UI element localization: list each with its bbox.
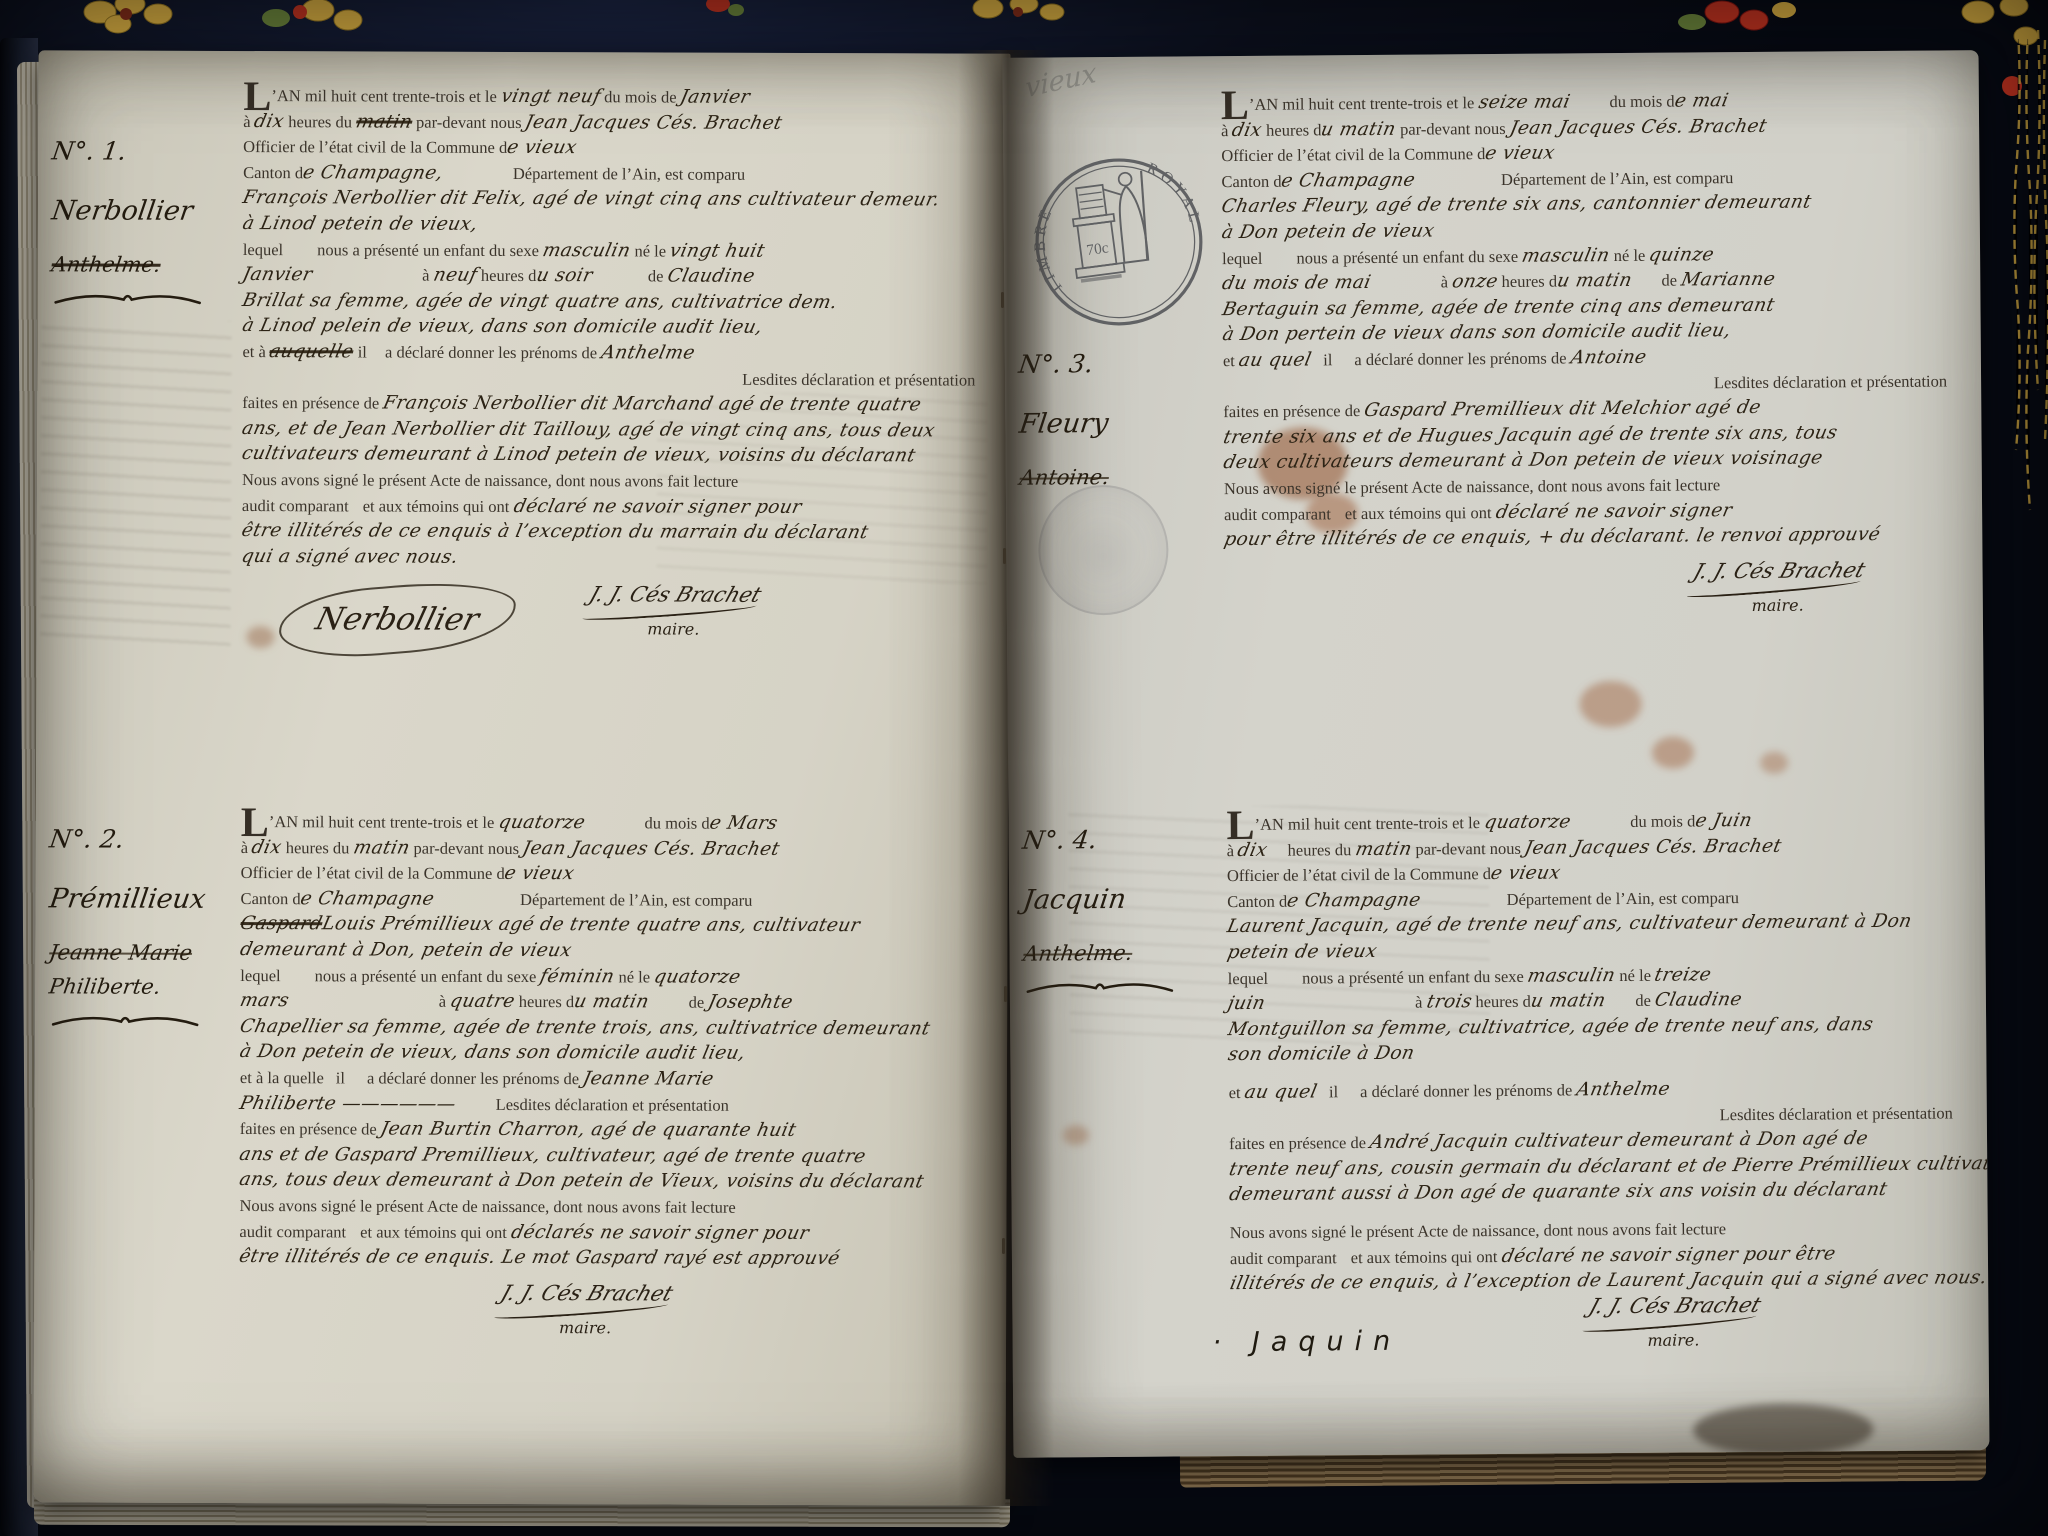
handwritten-text: déclaré ne savoir signer	[1493, 498, 1734, 525]
printed-text: audit comparant	[239, 1222, 346, 1241]
act-line: à dix heures du matin par-devant nous Je…	[243, 109, 1002, 137]
printed-text: lequel	[1228, 968, 1268, 987]
signature-block: Nerbollier	[286, 587, 508, 652]
handwritten-text: Louis Prémillieux agé de trente quatre a…	[319, 912, 862, 939]
act-line: être illitérés de ce enquis. Le mot Gasp…	[239, 1244, 998, 1272]
signature-block: Jaquin	[1212, 1325, 1401, 1357]
margin-flourish-icon	[1024, 978, 1214, 1000]
act-line: Lesdites déclaration et présentation	[242, 365, 1001, 393]
signature-title: maire.	[1692, 595, 1863, 615]
act-body: L’AN mil huit cent trente-trois et le se…	[1221, 86, 1975, 553]
printed-text: de	[689, 993, 709, 1012]
handwritten-text: quinze	[1647, 242, 1717, 268]
printed-text: par-devant nous	[1396, 118, 1510, 138]
handwritten-text: e Champagne	[1279, 167, 1418, 194]
handwritten-text: e Mars	[707, 811, 780, 837]
handwritten-text: matin	[1353, 836, 1414, 862]
handwritten-text: u soir	[534, 263, 595, 289]
ink-stain	[1652, 736, 1694, 768]
act-line: et à la quelleila déclaré donner les pré…	[240, 1065, 999, 1093]
margin-note: N°. 4.	[1021, 824, 1215, 855]
handwritten-text: masculin	[1525, 963, 1618, 989]
handwritten-text: Jean Jacques Cés. Brachet	[1507, 113, 1769, 141]
printed-text: faites en présence de	[1223, 401, 1364, 421]
margin-note: Fleury	[1017, 407, 1211, 440]
printed-text: Département de l’Ain, est comparu	[520, 890, 752, 910]
signature: J. J. Cés Brachet	[1583, 1293, 1764, 1328]
act-line: Gaspard Louis Prémillieux agé de trente …	[240, 911, 999, 939]
spacer	[1421, 905, 1507, 906]
act-line: lequelnous a présenté un enfant du sexe …	[240, 963, 999, 991]
shadow-blotch	[1693, 1403, 1873, 1456]
birth-act-3: N°. 3.FleuryAntoine. L’AN mil huit cent …	[1003, 86, 1983, 620]
printed-text: Canton d	[1227, 891, 1287, 910]
act-line: Nous avons signé le présent Acte de nais…	[242, 467, 1001, 495]
printed-text: Département de l’Ain, est comparu	[1507, 888, 1739, 909]
printed-text: de	[1661, 271, 1681, 290]
printed-text: audit comparant	[1230, 1248, 1337, 1268]
printed-text: a déclaré donner les prénoms de	[367, 1068, 583, 1088]
ink-stain	[1579, 681, 1641, 727]
act-line: audit comparantet aux témoins qui ont dé…	[242, 493, 1001, 521]
printed-text: heures d	[1262, 120, 1322, 139]
printed-text: Lesdites déclaration et présentation	[1720, 1103, 1953, 1124]
handwritten-text: déclarés ne savoir signer pour	[508, 1219, 811, 1246]
act-line: ans et de Gaspard Premillieux, cultivate…	[240, 1142, 999, 1170]
embroidery-flower-icon	[688, 0, 748, 26]
printed-text: ’AN mil huit cent trente-trois et le	[1249, 93, 1479, 114]
act-line: Canton de ChampagneDépartement de l’Ain,…	[241, 886, 1000, 914]
printed-text: né le	[614, 967, 654, 986]
printed-text: Département de l’Ain, est comparu	[1501, 168, 1733, 189]
act-line: ans, tous deux demeurant à Don petein de…	[240, 1167, 999, 1195]
handwritten-text: à Don petein de vieux	[1219, 218, 1437, 245]
printed-text: par-devant nous	[409, 838, 523, 857]
act-line: Officier de l’état civil de la Commune d…	[241, 860, 1000, 888]
handwritten-text: u matin	[1528, 988, 1608, 1014]
handwritten-text: e vieux	[1483, 141, 1558, 167]
handwritten-text: Jean Jacques Cés. Brachet	[520, 836, 782, 862]
handwritten-text: pour être illitérés de ce enquis, + du d…	[1222, 522, 1883, 553]
margin-note: Jeanne Marie	[48, 940, 241, 965]
printed-text: heures d	[1497, 272, 1557, 291]
printed-text: a déclaré donner les prénoms de	[1354, 348, 1570, 369]
handwritten-text: François Nerbollier dit Felix, agé de vi…	[240, 185, 942, 213]
signature-row: J. J. Cés Brachetmaire.	[1006, 547, 1982, 621]
printed-text: lequel	[1222, 248, 1262, 267]
printed-text: et à	[242, 342, 270, 361]
spacer	[1415, 185, 1501, 186]
signature-title: maire.	[500, 1318, 670, 1338]
printed-text: heures du	[284, 112, 356, 131]
margin-flourish-icon	[49, 1012, 239, 1034]
printed-text: du mois de	[600, 87, 681, 106]
act-line: marsà quatre heures du matinde Josephte	[240, 988, 999, 1016]
handwritten-text: féminin	[538, 964, 617, 990]
margin-note: Nerbollier	[50, 195, 244, 227]
spacer	[1371, 288, 1441, 289]
handwritten-text: e Champagne,	[300, 160, 445, 186]
signature-row: J. J. Cés Brachetmaire.	[34, 1269, 1006, 1338]
printed-text: Canton d	[1221, 171, 1281, 190]
handwritten-text: Laurent Jacquin, agé de trente neuf ans,…	[1225, 909, 1914, 940]
handwritten-text: mars	[237, 988, 291, 1014]
act-body: L’AN mil huit cent trente-trois et le vi…	[242, 83, 1003, 572]
printed-text: et aux témoins qui ont	[1351, 1246, 1502, 1266]
handwritten-text: masculin	[540, 238, 633, 264]
act-line: Philiberte ——————Lesdites déclaration et…	[240, 1091, 999, 1119]
handwritten-text: vingt huit	[667, 238, 767, 264]
handwritten-text: Janvier	[678, 85, 753, 111]
spacer	[289, 1006, 439, 1007]
margin-note: Jacquin	[1021, 883, 1215, 916]
birth-act-2: N°. 2.PrémillieuxJeanne MariePhiliberte.…	[34, 808, 1008, 1338]
margin-note: Antoine.	[1018, 464, 1211, 490]
printed-text: Canton d	[241, 889, 301, 908]
printed-text: faites en présence de	[242, 393, 383, 412]
handwritten-text: Chapellier sa femme, agée de trente troi…	[237, 1014, 932, 1042]
handwritten-text: e mai	[1672, 88, 1731, 114]
embroidery-flower-icon	[60, 0, 210, 45]
handwritten-text: ans, tous deux demeurant à Don petein de…	[237, 1167, 927, 1195]
handwritten-text: quatre	[447, 989, 517, 1015]
register-photo: N°. 1.NerbollierAnthelme. L’AN mil huit …	[0, 0, 2048, 1536]
printed-text: Lesdites déclaration et présentation	[496, 1094, 729, 1114]
act-line: François Nerbollier dit Felix, agé de vi…	[243, 185, 1002, 213]
handwritten-text: seize mai	[1476, 89, 1572, 115]
handwritten-text: e vieux	[505, 135, 580, 161]
printed-text: du mois d	[1630, 811, 1695, 831]
embroidery-flower-icon	[1662, 0, 1822, 54]
act-body: L’AN mil huit cent trente-trois et le qu…	[239, 809, 1000, 1272]
handwritten-text: demeurant aussi à Don agé de quarante si…	[1227, 1177, 1890, 1208]
handwritten-text: e vieux	[1488, 861, 1563, 887]
margin-notes: N°. 1.NerbollierAnthelme.	[52, 82, 243, 312]
handwritten-text: à Don petein de vieux, dans son domicile…	[237, 1039, 748, 1066]
printed-text: Officier de l’état civil de la Commune d	[1227, 864, 1491, 885]
handwritten-text: u matin	[1554, 268, 1634, 294]
handwritten-text: Anthelme	[1574, 1077, 1672, 1103]
printed-text: heures du	[1288, 840, 1356, 860]
handwritten-text: Jeanne Marie	[580, 1066, 716, 1092]
printed-text: de	[648, 267, 668, 286]
act-line: Officier de l’état civil de la Commune d…	[243, 134, 1002, 162]
ink-stain	[1760, 752, 1788, 774]
printed-text: heures d	[477, 266, 537, 285]
act-line: Janvierà neuf heures du soirde Claudine	[243, 262, 1002, 290]
signature-block: J. J. Cés Brachetmaire.	[1692, 558, 1863, 615]
handwritten-text: onze	[1450, 269, 1501, 295]
handwritten-text: être illitérés de ce enquis à l’exceptio…	[239, 518, 871, 546]
signature: J. J. Cés Brachet	[494, 1281, 676, 1316]
act-line: L’AN mil huit cent trente-trois et le vi…	[243, 83, 1002, 111]
margin-note: Prémillieux	[47, 883, 241, 915]
handwritten-text: cultivateurs demeurant à Linod petein de…	[239, 441, 918, 469]
handwritten-text: à Linod petein de vieux,	[240, 211, 480, 237]
printed-text: Département de l’Ain, est comparu	[513, 164, 745, 184]
left-page: N°. 1.NerbollierAnthelme. L’AN mil huit …	[33, 50, 1010, 1505]
handwritten-text: Gaspard	[238, 911, 325, 937]
right-page: vieux 70c TIMBR	[1003, 50, 1990, 1458]
printed-text: du mois d	[1609, 92, 1674, 112]
signature-block: J. J. Cés Brachetmaire.	[588, 583, 759, 640]
act-line: demeurant à Don, petein de vieux	[240, 937, 999, 965]
handwritten-text: Anthelme	[599, 340, 698, 366]
handwritten-text: déclaré ne savoir signer pour	[511, 493, 804, 520]
embroidery-fringe-icon	[2012, 30, 2048, 570]
act-line: à Don petein de vieux, dans son domicile…	[240, 1039, 999, 1067]
handwritten-text: quatorze	[651, 964, 743, 990]
act-line: faites en présence de Jean Burtin Charro…	[240, 1116, 999, 1144]
act-line: faites en présence de François Nerbollie…	[242, 390, 1001, 418]
printed-text: Officier de l’état civil de la Commune d	[241, 863, 505, 883]
signature-block: J. J. Cés Brachetmaire.	[500, 1281, 671, 1338]
handwritten-text: Montguillon sa femme, cultivatrice, agée…	[1226, 1012, 1876, 1043]
printed-text: né le	[630, 241, 670, 260]
handwritten-text: Jean Burtin Charron, agé de quarante hui…	[378, 1117, 799, 1144]
handwritten-text: à Linod pelein de vieux, dans son domici…	[240, 313, 765, 340]
handwritten-text: ans, et de Jean Nerbollier dit Taillouy,…	[239, 416, 937, 444]
printed-text: par-devant nous	[412, 112, 526, 131]
printed-text: a déclaré donner les prénoms de	[385, 342, 601, 362]
signature-block: J. J. Cés Brachetmaire.	[1588, 1293, 1759, 1350]
handwritten-text: quatorze	[496, 810, 588, 836]
printed-text: Canton d	[243, 163, 303, 182]
handwritten-text: Claudine	[665, 264, 757, 290]
act-line: lequelnous a présenté un enfant du sexe …	[243, 237, 1002, 265]
printed-text: heures d	[515, 992, 575, 1011]
handwritten-text: Janvier	[240, 262, 315, 288]
margin-notes: N°. 3.FleuryAntoine.	[1017, 92, 1210, 499]
printed-text: Nous avons signé le présent Acte de nais…	[1230, 1219, 1726, 1242]
handwritten-text: Charles Fleury, agé de trente six ans, c…	[1219, 190, 1814, 220]
handwritten-text: e Champagne	[1285, 887, 1424, 914]
handwritten-text: François Nerbollier dit Marchand agé de …	[381, 391, 924, 418]
printed-text: il	[1323, 350, 1332, 369]
binding-stitch-icon	[1002, 1238, 1005, 1254]
handwritten-text: treize	[1652, 962, 1713, 988]
embroidery-flower-icon	[248, 0, 398, 50]
printed-text: et à la quelle	[240, 1068, 324, 1087]
act-line: Canton de Champagne,Département de l’Ain…	[243, 160, 1002, 188]
act-line: ans, et de Jean Nerbollier dit Taillouy,…	[242, 416, 1001, 444]
handwritten-text: matin	[351, 835, 412, 861]
printed-text: nous a présenté un enfant du sexe	[1296, 246, 1522, 267]
act-line: cultivateurs demeurant à Linod petein de…	[242, 441, 1001, 469]
act-line: à Linod pelein de vieux, dans son domici…	[243, 313, 1002, 341]
printed-text: audit comparant	[1224, 504, 1331, 524]
handwritten-text: dix	[249, 835, 284, 861]
printed-text: nous a présenté un enfant du sexe	[315, 966, 541, 986]
printed-text: Nous avons signé le présent Acte de nais…	[1224, 475, 1720, 498]
handwritten-text: André Jacquin cultivateur demeurant à Do…	[1368, 1126, 1871, 1156]
handwritten-text: u matin	[571, 989, 651, 1015]
handwritten-text: Josephte	[706, 990, 796, 1016]
printed-text: né le	[1615, 965, 1655, 984]
act-line: Nous avons signé le présent Acte de nais…	[239, 1193, 998, 1221]
act-line: son domicile à Don	[1228, 1037, 1978, 1068]
handwritten-text: e Champagne	[298, 886, 437, 912]
margin-note: Anthelme.	[50, 252, 243, 277]
birth-act-1: N°. 1.NerbollierAnthelme. L’AN mil huit …	[36, 82, 1010, 702]
margin-note: N°. 3.	[1017, 348, 1211, 379]
margin-note: Anthelme.	[1022, 940, 1215, 966]
handwritten-text: deux cultivateurs demeurant à Don petein…	[1221, 446, 1825, 476]
handwritten-text: Jean Jacques Cés. Brachet	[523, 110, 785, 136]
handwritten-text: du mois de mai	[1220, 270, 1374, 297]
printed-text: Lesdites déclaration et présentation	[1714, 371, 1947, 392]
handwritten-text: être illitérés de ce enquis. Le mot Gasp…	[237, 1244, 843, 1272]
handwritten-text: Jean Jacques Cés. Brachet	[1522, 833, 1784, 861]
handwritten-text: e vieux	[502, 861, 577, 887]
printed-text: lequel	[243, 240, 283, 259]
act-line: Chapellier sa femme, agée de trente troi…	[240, 1014, 999, 1042]
act-line: audit comparantet aux témoins qui ont dé…	[239, 1219, 998, 1247]
signature-title: maire.	[1588, 1330, 1759, 1350]
printed-text: il	[354, 342, 371, 361]
signature: Jaquin	[1212, 1325, 1401, 1357]
signature: J. J. Cés Brachet	[583, 583, 765, 618]
act-line: demeurant aussi à Don agé de quarante si…	[1229, 1177, 1979, 1208]
handwritten-text: à Don pertein de vieux dans son domicile…	[1220, 318, 1733, 348]
act-line: être illitérés de ce enquis à l’exceptio…	[242, 518, 1001, 546]
printed-text: a déclaré donner les prénoms de	[1360, 1080, 1576, 1101]
printed-text: du mois d	[644, 813, 709, 832]
handwritten-text: Claudine	[1652, 987, 1744, 1013]
handwritten-text: Marianne	[1679, 267, 1778, 293]
printed-text: et aux témoins qui ont	[363, 496, 514, 516]
printed-text: Officier de l’état civil de la Commune d	[1221, 144, 1485, 165]
handwritten-text: Brillat sa femme, agée de vingt quatre a…	[240, 288, 840, 316]
printed-text: Nous avons signé le présent Acte de nais…	[242, 470, 738, 491]
signature-row: JaquinJ. J. Cés Brachetmaire.	[1012, 1291, 1988, 1360]
margin-note: Philiberte.	[48, 974, 241, 999]
margin-notes: N°. 4.JacquinAnthelme.	[1022, 812, 1213, 1000]
signature-row: NerbollierJ. J. Cés Brachetmaire.	[36, 569, 1008, 702]
printed-text: ’AN mil huit cent trente-trois et le	[1254, 813, 1484, 834]
printed-text: audit comparant	[242, 496, 349, 515]
act-line: et à auquelle il a déclaré donner les pr…	[242, 339, 1001, 367]
printed-text: Nous avons signé le présent Acte de nais…	[239, 1196, 735, 1217]
signature-title: maire.	[588, 620, 758, 640]
handwritten-text: dix	[1236, 837, 1271, 863]
printed-text: par-devant nous	[1411, 838, 1525, 858]
handwritten-text: masculin	[1520, 243, 1613, 269]
handwritten-text: trois	[1424, 989, 1474, 1015]
binding-stitch-icon	[1001, 292, 1004, 308]
handwritten-text: petein de vieux	[1225, 939, 1379, 966]
handwritten-text: dix	[252, 109, 287, 135]
signature: J. J. Cés Brachet	[1687, 558, 1868, 593]
act-body: L’AN mil huit cent trente-trois et le qu…	[1226, 806, 1980, 1297]
act-line: à Linod petein de vieux,	[243, 211, 1002, 239]
printed-text: nous a présenté un enfant du sexe	[317, 240, 543, 260]
binding-stitch-icon	[1004, 986, 1007, 1002]
birth-act-4: N°. 4.JacquinAnthelme. L’AN mil huit cen…	[1008, 806, 1988, 1359]
printed-text: faites en présence de	[1229, 1133, 1370, 1153]
signature: Nerbollier	[312, 602, 483, 639]
printed-text: Officier de l’état civil de la Commune d	[243, 137, 507, 157]
printed-text: né le	[1610, 245, 1650, 264]
margin-notes: N°. 2.PrémillieuxJeanne MariePhiliberte.	[49, 808, 240, 1034]
printed-text: et aux témoins qui ont	[1345, 502, 1496, 522]
printed-text: heures d	[1471, 992, 1531, 1011]
printed-text: et aux témoins qui ont	[360, 1222, 511, 1242]
handwritten-text: quatorze	[1481, 809, 1572, 835]
margin-note: N°. 2.	[48, 824, 242, 854]
act-line: pour être illitérés de ce enquis, + du d…	[1224, 521, 1974, 552]
handwritten-text: neuf	[431, 263, 480, 289]
printed-text: ’AN mil huit cent trente-trois et le	[269, 812, 499, 832]
printed-text: il	[1329, 1082, 1338, 1101]
handwritten-text: e Juin	[1693, 808, 1755, 834]
embroidery-flower-icon	[948, 0, 1088, 38]
handwritten-text: qui a signé avec nous.	[239, 544, 461, 570]
act-line: à dix heures du matin par-devant nous Je…	[241, 835, 1000, 863]
handwritten-text: vingt neuf	[498, 84, 603, 110]
margin-note: N°. 1.	[50, 136, 244, 166]
handwritten-text: dix	[1230, 117, 1265, 143]
handwritten-text: au quel	[1236, 347, 1313, 373]
handwritten-text: Philiberte ——————	[237, 1091, 458, 1117]
printed-text: de	[1635, 991, 1655, 1010]
printed-text: lequel	[240, 966, 280, 985]
printed-text: heures du	[282, 838, 354, 857]
handwritten-text: son domicile à Don	[1226, 1041, 1417, 1068]
printed-text: nous a présenté un enfant du sexe	[1302, 966, 1528, 987]
act-line: Brillat sa femme, agée de vingt quatre a…	[243, 288, 1002, 316]
printed-text: ’AN mil huit cent trente-trois et le	[271, 86, 501, 106]
handwritten-text: auquelle	[267, 339, 356, 365]
handwritten-text: matin	[353, 109, 414, 135]
handwritten-text: u matin	[1319, 116, 1399, 142]
printed-text: il	[336, 1068, 345, 1087]
handwritten-text: demeurant à Don, petein de vieux	[238, 937, 574, 964]
spacer	[1265, 1008, 1415, 1009]
handwritten-text: déclaré ne savoir signer pour être	[1499, 1241, 1838, 1269]
act-line: L’AN mil huit cent trente-trois et le qu…	[241, 809, 1000, 837]
margin-flourish-icon	[52, 290, 242, 312]
handwritten-text: Gaspard Premillieux dit Melchior agé de	[1362, 395, 1764, 424]
handwritten-text: au quel	[1242, 1079, 1319, 1105]
printed-text: faites en présence de	[240, 1119, 381, 1138]
handwritten-text: ans et de Gaspard Premillieux, cultivate…	[237, 1142, 868, 1170]
binding-stitch-icon	[1003, 548, 1006, 564]
handwritten-text: Antoine	[1568, 345, 1649, 371]
act-line: illitérés de ce enquis, à l’exception de…	[1230, 1265, 1980, 1296]
handwritten-text: juin	[1225, 991, 1267, 1017]
act-line: qui a signé avec nous.	[242, 544, 1001, 572]
printed-text: Lesdites déclaration et présentation	[742, 369, 975, 389]
